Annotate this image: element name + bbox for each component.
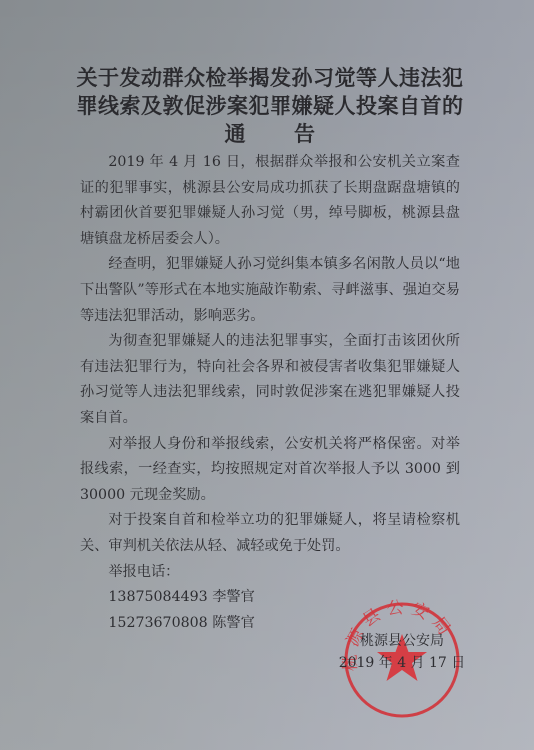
paragraph-findings: 经查明，犯罪嫌疑人孙习觉纠集本镇多名闲散人员以“地下出警队”等形式在本地实施敲诈… bbox=[80, 252, 460, 329]
paragraph-call-to-action: 为彻查犯罪嫌疑人的违法犯罪事实，全面打击该团伙所有违法犯罪行为，特向社会各界和被… bbox=[80, 329, 460, 431]
notice-body: 2019 年 4 月 16 日，根据群众举报和公安机关立案查证的犯罪事实，桃源县… bbox=[80, 150, 460, 636]
notice-heading-char-1: 通 bbox=[225, 118, 247, 148]
paragraph-arrest: 2019 年 4 月 16 日，根据群众举报和公安机关立案查证的犯罪事实，桃源县… bbox=[80, 150, 460, 252]
issuer-name: 桃源县公安局 bbox=[337, 630, 467, 652]
signature-block: 桃源县公安局 2019 年 4 月 17 日 bbox=[337, 630, 467, 674]
hotline-contact: 陈警官 bbox=[212, 615, 255, 631]
hotline-label: 举报电话： bbox=[80, 560, 460, 586]
paragraph-leniency: 对于投案自首和检举立功的犯罪嫌疑人，将呈请检察机关、审判机关依法从轻、减轻或免于… bbox=[80, 508, 460, 559]
notice-title-line-1: 关于发动群众检举揭发孙习觉等人违法犯 bbox=[60, 62, 480, 92]
hotline-number: 15273670808 bbox=[108, 615, 207, 631]
notice-heading-char-2: 告 bbox=[294, 118, 316, 148]
issue-date: 2019 年 4 月 17 日 bbox=[337, 652, 467, 674]
paragraph-reward: 对举报人身份和举报线索，公安机关将严格保密。对举报线索，一经查实，均按照规定对首… bbox=[80, 432, 460, 509]
notice-title-heading: 通告 bbox=[60, 118, 480, 148]
hotline-contact: 李警官 bbox=[212, 589, 255, 605]
notice-title-line-2: 罪线索及敦促涉案犯罪嫌疑人投案自首的 bbox=[60, 90, 480, 120]
hotline-number: 13875084493 bbox=[108, 589, 207, 605]
